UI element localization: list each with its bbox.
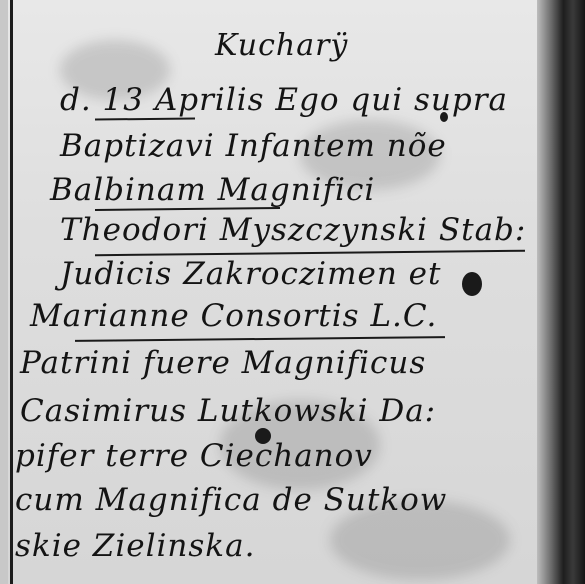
text-line-6: Marianne Consortis L.C. (30, 298, 437, 334)
manuscript-page: Kucharÿ d. 13 Aprilis Ego qui supra Bapt… (0, 0, 585, 584)
text-line-2: Baptizavi Infantem nõe (60, 128, 447, 164)
text-line-10: cum Magnifica de Sutkow (15, 482, 447, 518)
text-line-3: Balbinam Magnifici (50, 172, 375, 208)
text-line-4: Theodori Myszczynski Stab: (60, 212, 526, 248)
text-line-11: skie Zielinska. (15, 528, 255, 564)
text-line-8: Casimirus Lutkowski Da: (20, 393, 436, 429)
text-line-7: Patrini fuere Magnificus (20, 345, 426, 381)
text-line-1: d. 13 Aprilis Ego qui supra (60, 82, 508, 118)
text-line-9: pifer terre Ciechanov (15, 438, 373, 474)
margin-rule (10, 0, 13, 584)
page-left-edge (0, 0, 8, 584)
ink-blot (462, 272, 482, 296)
date-underline (95, 117, 195, 120)
mother-underline (75, 336, 445, 342)
entry-heading-surname: Kucharÿ (215, 28, 348, 63)
book-binding (537, 0, 585, 584)
text-line-5: Judicis Zakroczimen et (60, 256, 441, 292)
